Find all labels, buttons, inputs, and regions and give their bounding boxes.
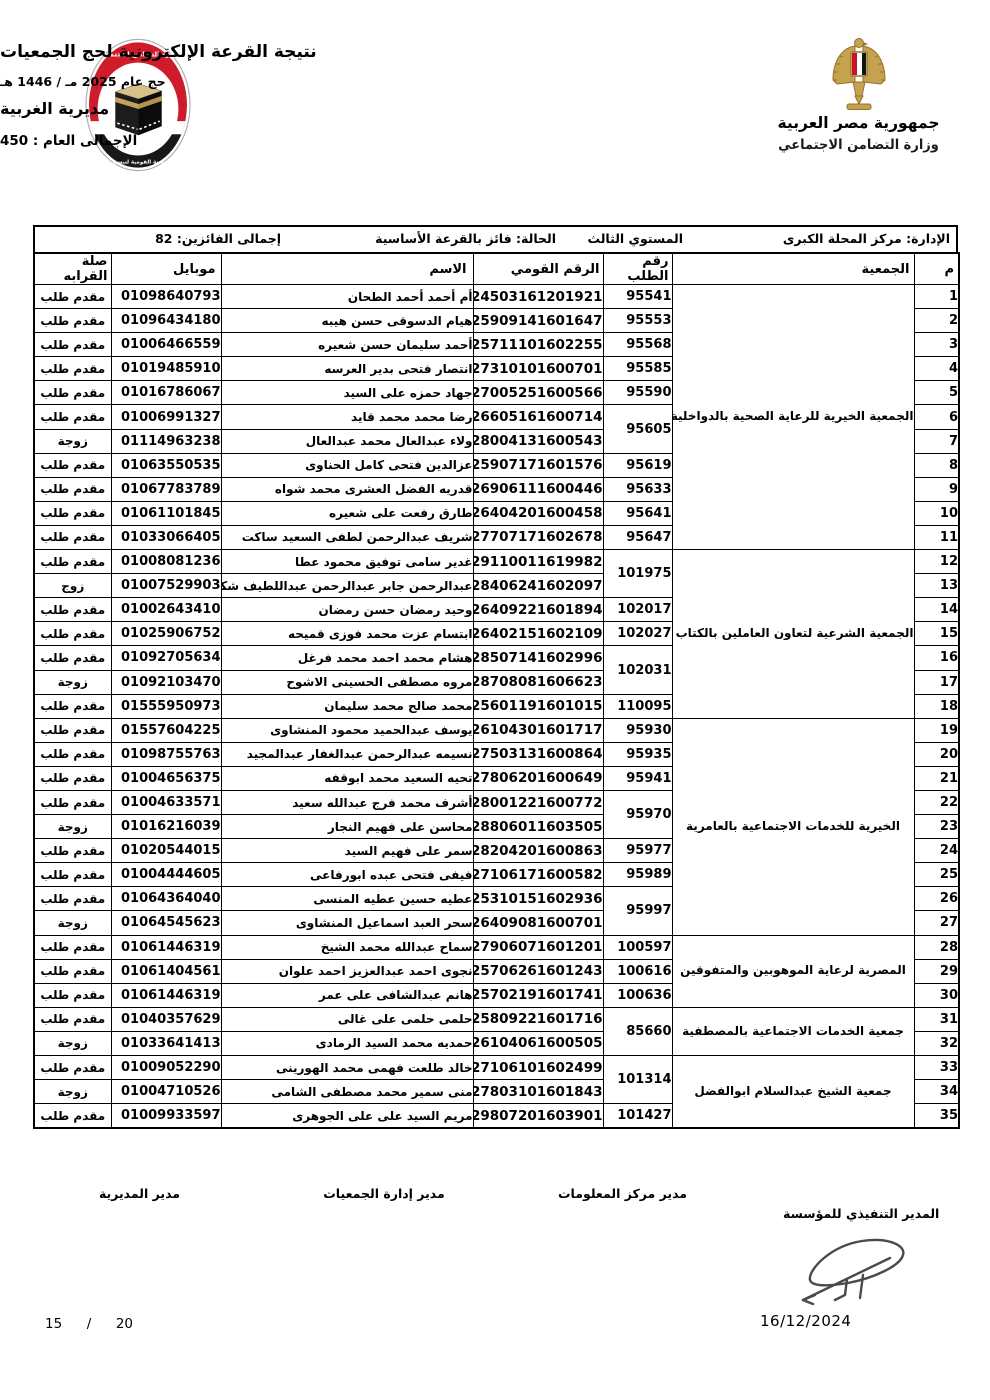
row-number-cell: 30 bbox=[914, 983, 959, 1007]
col-header-relation: صلة القرابه bbox=[34, 253, 111, 285]
row-number-cell: 34 bbox=[914, 1080, 959, 1104]
national-id-cell: 27806201600649 bbox=[473, 766, 603, 790]
national-id-cell: 26104061600505 bbox=[473, 1031, 603, 1055]
page-current: 15 bbox=[45, 1316, 62, 1332]
level-label: المستوي الثالث bbox=[587, 227, 683, 251]
name-cell: سمر على فهيم السيد bbox=[221, 839, 473, 863]
name-cell: حلمى حلمى على غالى bbox=[221, 1007, 473, 1031]
associations-manager-signature-label: مدير إدارة الجمعيات bbox=[323, 1186, 445, 1201]
row-number-cell: 16 bbox=[914, 646, 959, 670]
national-id-cell: 27310101600701 bbox=[473, 357, 603, 381]
national-id-cell: 26404201600458 bbox=[473, 501, 603, 525]
mobile-cell: 01061404561 bbox=[111, 959, 221, 983]
relation-cell: مقدم طلب bbox=[34, 405, 111, 429]
status-label: الحالة: فائز بالقرعة الأساسية bbox=[375, 227, 556, 251]
request-number-cell: 102017 bbox=[603, 598, 672, 622]
national-id-cell: 28204201600863 bbox=[473, 839, 603, 863]
mobile-cell: 01033066405 bbox=[111, 525, 221, 549]
row-number-cell: 24 bbox=[914, 839, 959, 863]
mobile-cell: 01009933597 bbox=[111, 1104, 221, 1129]
row-number-cell: 2 bbox=[914, 309, 959, 333]
relation-cell: زوجة bbox=[34, 815, 111, 839]
relation-cell: مقدم طلب bbox=[34, 766, 111, 790]
name-cell: رضا محمد محمد قايد bbox=[221, 405, 473, 429]
row-number-cell: 19 bbox=[914, 718, 959, 742]
request-number-cell: 95977 bbox=[603, 839, 672, 863]
mobile-cell: 01064364040 bbox=[111, 887, 221, 911]
name-cell: سماح عبدالله محمد الشيخ bbox=[221, 935, 473, 959]
table-row: 28المصرية لرعاية الموهوبين والمتفوقين100… bbox=[34, 935, 959, 959]
mobile-cell: 01016216039 bbox=[111, 815, 221, 839]
results-table: م الجمعية رقم الطلب الرقم القومي الاسم م… bbox=[33, 252, 960, 1129]
table-row: 1الجمعية الخيرية للرعاية الصحية بالدواخل… bbox=[34, 285, 959, 309]
national-id-cell: 25909141601647 bbox=[473, 309, 603, 333]
name-cell: عطيه حسين عطيه المنسى bbox=[221, 887, 473, 911]
table-header-row: م الجمعية رقم الطلب الرقم القومي الاسم م… bbox=[34, 253, 959, 285]
mobile-cell: 01064545623 bbox=[111, 911, 221, 935]
row-number-cell: 5 bbox=[914, 381, 959, 405]
national-id-cell: 27906071601201 bbox=[473, 935, 603, 959]
mobile-cell: 01114963238 bbox=[111, 429, 221, 453]
association-cell: الجمعية الشرعية لتعاون العاملين بالكتاب … bbox=[672, 550, 914, 719]
relation-cell: زوجة bbox=[34, 670, 111, 694]
national-id-cell: 27106171600582 bbox=[473, 863, 603, 887]
row-number-cell: 28 bbox=[914, 935, 959, 959]
relation-cell: مقدم طلب bbox=[34, 694, 111, 718]
request-number-cell: 100636 bbox=[603, 983, 672, 1007]
org-logo-bottom-text: المؤسسة القومية لتيسير الحج bbox=[98, 160, 178, 166]
page-number: 15 / 20 bbox=[45, 1316, 133, 1332]
national-id-cell: 25310151602936 bbox=[473, 887, 603, 911]
mobile-cell: 01009052290 bbox=[111, 1056, 221, 1080]
directorate-manager-signature-label: مدير المديرية bbox=[92, 1186, 187, 1201]
name-cell: انتصار فتحى بدير العرسه bbox=[221, 357, 473, 381]
relation-cell: مقدم طلب bbox=[34, 622, 111, 646]
info-center-manager-signature-label: مدير مركز المعلومات bbox=[558, 1186, 673, 1201]
name-cell: شريف عبدالرحمن لطفى السعيد ساكت bbox=[221, 525, 473, 549]
mobile-cell: 01061446319 bbox=[111, 935, 221, 959]
national-id-cell: 25907171601576 bbox=[473, 453, 603, 477]
national-id-cell: 28708081606623 bbox=[473, 670, 603, 694]
col-header-request: رقم الطلب bbox=[603, 253, 672, 285]
name-cell: غدير سامى توفيق محمود عطا bbox=[221, 550, 473, 574]
mobile-cell: 01557604225 bbox=[111, 718, 221, 742]
country-name: جمهورية مصر العربية bbox=[755, 114, 962, 132]
national-id-cell: 29110011619982 bbox=[473, 550, 603, 574]
row-number-cell: 22 bbox=[914, 790, 959, 814]
mobile-cell: 01004633571 bbox=[111, 790, 221, 814]
mobile-cell: 01004656375 bbox=[111, 766, 221, 790]
total-winners-label: إجمالى الفائزين: 82 bbox=[155, 227, 281, 251]
request-number-cell: 95590 bbox=[603, 381, 672, 405]
name-cell: خالد طلعت فهمى محمد الهورينى bbox=[221, 1056, 473, 1080]
row-number-cell: 33 bbox=[914, 1056, 959, 1080]
relation-cell: زوجة bbox=[34, 1080, 111, 1104]
request-number-cell: 95619 bbox=[603, 453, 672, 477]
col-header-national-id: الرقم القومي bbox=[473, 253, 603, 285]
relation-cell: مقدم طلب bbox=[34, 1056, 111, 1080]
name-cell: محمد صالح محمد سليمان bbox=[221, 694, 473, 718]
request-number-cell: 100616 bbox=[603, 959, 672, 983]
request-number-cell: 101975 bbox=[603, 550, 672, 598]
mobile-cell: 01033641413 bbox=[111, 1031, 221, 1055]
request-number-cell: 85660 bbox=[603, 1007, 672, 1055]
row-number-cell: 8 bbox=[914, 453, 959, 477]
name-cell: عبدالرحمن جابر عبدالرحمن عبداللطيف شكيل bbox=[221, 574, 473, 598]
relation-cell: مقدم طلب bbox=[34, 525, 111, 549]
mobile-cell: 01061446319 bbox=[111, 983, 221, 1007]
national-id-cell: 28406241602097 bbox=[473, 574, 603, 598]
mobile-cell: 01016786067 bbox=[111, 381, 221, 405]
name-cell: مروه مصطفى الحسينى الاشوح bbox=[221, 670, 473, 694]
name-cell: محاسن على فهيم النجار bbox=[221, 815, 473, 839]
association-cell: المصرية لرعاية الموهوبين والمتفوقين bbox=[672, 935, 914, 1007]
mobile-cell: 01006991327 bbox=[111, 405, 221, 429]
col-header-name: الاسم bbox=[221, 253, 473, 285]
relation-cell: مقدم طلب bbox=[34, 598, 111, 622]
request-number-cell: 95585 bbox=[603, 357, 672, 381]
mobile-cell: 01004710526 bbox=[111, 1080, 221, 1104]
national-id-cell: 29807201603901 bbox=[473, 1104, 603, 1129]
national-id-cell: 25809221601716 bbox=[473, 1007, 603, 1031]
national-id-cell: 25706261601243 bbox=[473, 959, 603, 983]
name-cell: أحمد سليمان حسن شعيره bbox=[221, 333, 473, 357]
relation-cell: زوجة bbox=[34, 1031, 111, 1055]
mobile-cell: 01555950973 bbox=[111, 694, 221, 718]
name-cell: طارق رفعت على شعيره bbox=[221, 501, 473, 525]
table-row: 33جمعية الشيخ عبدالسلام ابوالفضل10131427… bbox=[34, 1056, 959, 1080]
mobile-cell: 01002643410 bbox=[111, 598, 221, 622]
relation-cell: مقدم طلب bbox=[34, 309, 111, 333]
ministry-name: وزارة التضامن الاجتماعي bbox=[755, 138, 962, 154]
request-number-cell: 95647 bbox=[603, 525, 672, 549]
table-row: 19الخيرية للخدمات الاجتماعية بالعامرية95… bbox=[34, 718, 959, 742]
national-id-cell: 27503131600864 bbox=[473, 742, 603, 766]
row-number-cell: 18 bbox=[914, 694, 959, 718]
col-header-association: الجمعية bbox=[672, 253, 914, 285]
national-id-cell: 26402151602109 bbox=[473, 622, 603, 646]
table-row: 31جمعية الخدمات الاجتماعية بالمصطفية8566… bbox=[34, 1007, 959, 1031]
name-cell: حمديه محمد السيد الرمادى bbox=[221, 1031, 473, 1055]
row-number-cell: 11 bbox=[914, 525, 959, 549]
row-number-cell: 1 bbox=[914, 285, 959, 309]
request-number-cell: 100597 bbox=[603, 935, 672, 959]
row-number-cell: 17 bbox=[914, 670, 959, 694]
row-number-cell: 25 bbox=[914, 863, 959, 887]
national-id-cell: 26409081600701 bbox=[473, 911, 603, 935]
request-number-cell: 102031 bbox=[603, 646, 672, 694]
col-header-mobile: موبايل bbox=[111, 253, 221, 285]
national-id-cell: 25702191601741 bbox=[473, 983, 603, 1007]
association-cell: الخيرية للخدمات الاجتماعية بالعامرية bbox=[672, 718, 914, 935]
executive-manager-signature-label: المدير التنفيذي للمؤسسة bbox=[783, 1206, 925, 1221]
document-page: وزارة التضامن الاجتماعي المؤسسة القومية … bbox=[0, 0, 990, 1400]
egypt-eagle-emblem-icon bbox=[755, 34, 962, 110]
name-cell: هشام محمد احمد محمد فرغل bbox=[221, 646, 473, 670]
row-number-cell: 27 bbox=[914, 911, 959, 935]
national-id-cell: 26104301601717 bbox=[473, 718, 603, 742]
name-cell: عزالدين فتحى كامل الحناوى bbox=[221, 453, 473, 477]
name-cell: نجوى احمد عبدالعزيز احمد علوان bbox=[221, 959, 473, 983]
national-id-cell: 28004131600543 bbox=[473, 429, 603, 453]
name-cell: مريم السيد على على الجوهرى bbox=[221, 1104, 473, 1129]
request-number-cell: 95568 bbox=[603, 333, 672, 357]
association-cell: جمعية الخدمات الاجتماعية بالمصطفية bbox=[672, 1007, 914, 1055]
administration-label: الإدارة: مركز المحلة الكبرى bbox=[783, 227, 950, 251]
name-cell: سحر العبد اسماعيل المنشاوى bbox=[221, 911, 473, 935]
request-number-cell: 95930 bbox=[603, 718, 672, 742]
page-total: 20 bbox=[116, 1316, 133, 1332]
request-number-cell: 101314 bbox=[603, 1056, 672, 1104]
national-id-cell: 27005251600566 bbox=[473, 381, 603, 405]
national-id-cell: 27106101602499 bbox=[473, 1056, 603, 1080]
relation-cell: مقدم طلب bbox=[34, 839, 111, 863]
row-number-cell: 13 bbox=[914, 574, 959, 598]
association-cell: الجمعية الخيرية للرعاية الصحية بالدواخلي… bbox=[672, 285, 914, 550]
name-cell: قدريه الفضل العشرى محمد شواه bbox=[221, 477, 473, 501]
relation-cell: مقدم طلب bbox=[34, 983, 111, 1007]
mobile-cell: 01098640793 bbox=[111, 285, 221, 309]
name-cell: هيام الدسوقى حسن هيبه bbox=[221, 309, 473, 333]
name-cell: ولاء عبدالعال محمد عبدالعال bbox=[221, 429, 473, 453]
request-number-cell: 102027 bbox=[603, 622, 672, 646]
mobile-cell: 01025906752 bbox=[111, 622, 221, 646]
mobile-cell: 01061101845 bbox=[111, 501, 221, 525]
row-number-cell: 15 bbox=[914, 622, 959, 646]
row-number-cell: 21 bbox=[914, 766, 959, 790]
national-id-cell: 28806011603505 bbox=[473, 815, 603, 839]
request-number-cell: 95633 bbox=[603, 477, 672, 501]
mobile-cell: 01063550535 bbox=[111, 453, 221, 477]
relation-cell: مقدم طلب bbox=[34, 718, 111, 742]
request-number-cell: 101427 bbox=[603, 1104, 672, 1129]
table-row: 12الجمعية الشرعية لتعاون العاملين بالكتا… bbox=[34, 550, 959, 574]
association-cell: جمعية الشيخ عبدالسلام ابوالفضل bbox=[672, 1056, 914, 1129]
name-cell: نسيمه عبدالرحمن عبدالغفار عبدالمجيد bbox=[221, 742, 473, 766]
mobile-cell: 01006466559 bbox=[111, 333, 221, 357]
national-id-cell: 26906111600446 bbox=[473, 477, 603, 501]
relation-cell: مقدم طلب bbox=[34, 1104, 111, 1129]
relation-cell: مقدم طلب bbox=[34, 550, 111, 574]
col-header-number: م bbox=[914, 253, 959, 285]
request-number-cell: 110095 bbox=[603, 694, 672, 718]
national-id-cell: 25711101602255 bbox=[473, 333, 603, 357]
request-number-cell: 95997 bbox=[603, 887, 672, 935]
relation-cell: زوجة bbox=[34, 429, 111, 453]
row-number-cell: 31 bbox=[914, 1007, 959, 1031]
row-number-cell: 9 bbox=[914, 477, 959, 501]
mobile-cell: 01004444605 bbox=[111, 863, 221, 887]
row-number-cell: 35 bbox=[914, 1104, 959, 1129]
request-number-cell: 95641 bbox=[603, 501, 672, 525]
mobile-cell: 01020544015 bbox=[111, 839, 221, 863]
row-number-cell: 32 bbox=[914, 1031, 959, 1055]
request-number-cell: 95970 bbox=[603, 790, 672, 838]
results-table-body: 1الجمعية الخيرية للرعاية الصحية بالدواخل… bbox=[34, 285, 959, 1129]
national-id-cell: 27803101601843 bbox=[473, 1080, 603, 1104]
mobile-cell: 01092103470 bbox=[111, 670, 221, 694]
row-number-cell: 20 bbox=[914, 742, 959, 766]
signature-scribble bbox=[790, 1228, 912, 1308]
row-number-cell: 6 bbox=[914, 405, 959, 429]
relation-cell: مقدم طلب bbox=[34, 357, 111, 381]
national-id-cell: 27707171602678 bbox=[473, 525, 603, 549]
mobile-cell: 01008081236 bbox=[111, 550, 221, 574]
relation-cell: مقدم طلب bbox=[34, 887, 111, 911]
relation-cell: مقدم طلب bbox=[34, 959, 111, 983]
row-number-cell: 23 bbox=[914, 815, 959, 839]
mobile-cell: 01067783789 bbox=[111, 477, 221, 501]
request-number-cell: 95605 bbox=[603, 405, 672, 453]
relation-cell: زوجة bbox=[34, 911, 111, 935]
relation-cell: مقدم طلب bbox=[34, 285, 111, 309]
mobile-cell: 01007529903 bbox=[111, 574, 221, 598]
row-number-cell: 4 bbox=[914, 357, 959, 381]
row-number-cell: 7 bbox=[914, 429, 959, 453]
row-number-cell: 12 bbox=[914, 550, 959, 574]
mobile-cell: 01098755763 bbox=[111, 742, 221, 766]
name-cell: فيفى فتحى عبده ابورفاعى bbox=[221, 863, 473, 887]
relation-cell: مقدم طلب bbox=[34, 381, 111, 405]
row-number-cell: 26 bbox=[914, 887, 959, 911]
mobile-cell: 01092705634 bbox=[111, 646, 221, 670]
relation-cell: مقدم طلب bbox=[34, 501, 111, 525]
row-number-cell: 10 bbox=[914, 501, 959, 525]
relation-cell: مقدم طلب bbox=[34, 646, 111, 670]
government-header: جمهورية مصر العربية وزارة التضامن الاجتم… bbox=[755, 34, 962, 153]
name-cell: تحيه السعيد محمد ابوقفه bbox=[221, 766, 473, 790]
request-number-cell: 95553 bbox=[603, 309, 672, 333]
name-cell: أم أحمد أحمد الطحان bbox=[221, 285, 473, 309]
national-id-cell: 28001221600772 bbox=[473, 790, 603, 814]
mobile-cell: 01040357629 bbox=[111, 1007, 221, 1031]
mobile-cell: 01096434180 bbox=[111, 309, 221, 333]
national-id-cell: 26605161600714 bbox=[473, 405, 603, 429]
national-id-cell: 26409221601894 bbox=[473, 598, 603, 622]
request-number-cell: 95941 bbox=[603, 766, 672, 790]
relation-cell: مقدم طلب bbox=[34, 1007, 111, 1031]
name-cell: ابتسام عزت محمد فوزى قميحه bbox=[221, 622, 473, 646]
relation-cell: مقدم طلب bbox=[34, 333, 111, 357]
request-number-cell: 95541 bbox=[603, 285, 672, 309]
name-cell: أشرف محمد فرج عبدالله سعيد bbox=[221, 790, 473, 814]
national-id-cell: 24503161201921 bbox=[473, 285, 603, 309]
info-bar: الإدارة: مركز المحلة الكبرى المستوي الثا… bbox=[33, 225, 958, 252]
relation-cell: مقدم طلب bbox=[34, 863, 111, 887]
relation-cell: مقدم طلب bbox=[34, 935, 111, 959]
relation-cell: مقدم طلب bbox=[34, 790, 111, 814]
relation-cell: زوج bbox=[34, 574, 111, 598]
relation-cell: مقدم طلب bbox=[34, 453, 111, 477]
name-cell: هانم عبدالشافى على عمر bbox=[221, 983, 473, 1007]
name-cell: منى سمير محمد مصطفى الشامى bbox=[221, 1080, 473, 1104]
request-number-cell: 95989 bbox=[603, 863, 672, 887]
name-cell: يوسف عبدالحميد محمود المنشاوى bbox=[221, 718, 473, 742]
name-cell: جهاد حمزه على السيد bbox=[221, 381, 473, 405]
national-id-cell: 25601191601015 bbox=[473, 694, 603, 718]
request-number-cell: 95935 bbox=[603, 742, 672, 766]
row-number-cell: 29 bbox=[914, 959, 959, 983]
row-number-cell: 3 bbox=[914, 333, 959, 357]
name-cell: وحيد رمضان حسن رمضان bbox=[221, 598, 473, 622]
row-number-cell: 14 bbox=[914, 598, 959, 622]
national-id-cell: 28507141602996 bbox=[473, 646, 603, 670]
relation-cell: مقدم طلب bbox=[34, 477, 111, 501]
page-separator: / bbox=[87, 1316, 92, 1332]
relation-cell: مقدم طلب bbox=[34, 742, 111, 766]
mobile-cell: 01019485910 bbox=[111, 357, 221, 381]
document-date: 16/12/2024 bbox=[760, 1312, 851, 1330]
